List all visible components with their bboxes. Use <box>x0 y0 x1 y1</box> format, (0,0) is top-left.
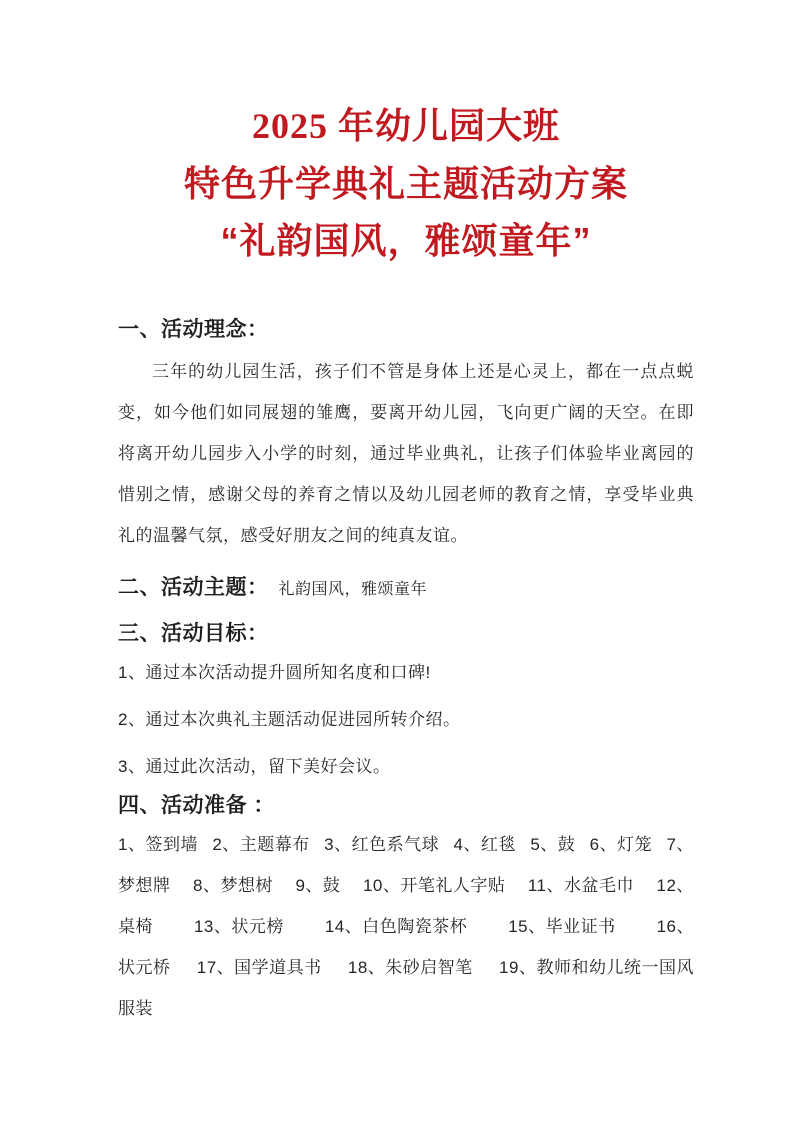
prep-item: 1、签到墙 <box>118 824 198 865</box>
section-heading-goals: 三、活动目标： <box>118 619 694 649</box>
prep-line-1: 1、签到墙 2、主题幕布 3、红色系气球 4、红毯 5、鼓 6、灯笼 7、 <box>118 824 694 865</box>
prep-item: 6、灯笼 <box>590 824 652 865</box>
prep-item: 19、教师和幼儿统一国风 <box>499 947 694 988</box>
section-heading-theme: 二、活动主题：礼韵国风，雅颂童年 <box>118 573 694 605</box>
prep-item: 13、状元榜 <box>194 906 284 947</box>
prep-item: 15、毕业证书 <box>508 906 615 947</box>
prep-item: 7、 <box>666 824 693 865</box>
theme-value: 礼韵国风，雅颂童年 <box>279 581 428 598</box>
prep-item: 10、开笔礼人字贴 <box>363 865 505 906</box>
prep-item: 18、朱砂启智笔 <box>348 947 473 988</box>
document-title: 2025 年幼儿园大班 特色升学典礼主题活动方案 “礼韵国风，雅颂童年” <box>118 0 694 269</box>
prep-line-5: 服装 <box>118 988 694 1029</box>
prep-item: 5、鼓 <box>530 824 575 865</box>
concept-paragraph: 三年的幼儿园生活，孩子们不管是身体上还是心灵上，都在一点点蜕变，如今他们如同展翅… <box>118 351 694 556</box>
prep-item: 17、国学道具书 <box>197 947 322 988</box>
prep-item: 11、水盆毛巾 <box>528 865 634 906</box>
prep-item: 3、红色系气球 <box>324 824 439 865</box>
prep-line-2: 梦想牌 8、梦想树 9、鼓 10、开笔礼人字贴 11、水盆毛巾 12、 <box>118 865 694 906</box>
title-line-3: “礼韵国风，雅颂童年” <box>118 212 694 269</box>
preparation-list: 1、签到墙 2、主题幕布 3、红色系气球 4、红毯 5、鼓 6、灯笼 7、 梦想… <box>118 824 694 1029</box>
prep-line-3: 桌椅 13、状元榜 14、白色陶瓷茶杯 15、毕业证书 16、 <box>118 906 694 947</box>
prep-item: 9、鼓 <box>295 865 340 906</box>
goals-list: 1、通过本次活动提升圆所知名度和口碑! 2、通过本次典礼主题活动促进园所转介绍。… <box>118 652 694 787</box>
prep-item: 12、 <box>657 865 694 906</box>
section-heading-preparation: 四、活动准备 ： <box>118 791 694 821</box>
prep-item: 桌椅 <box>118 906 153 947</box>
prep-item: 梦想牌 <box>118 865 171 906</box>
prep-item: 4、红毯 <box>453 824 515 865</box>
prep-item: 8、梦想树 <box>193 865 273 906</box>
goal-item-1: 1、通过本次活动提升圆所知名度和口碑! <box>118 652 694 693</box>
prep-item: 16、 <box>657 906 694 947</box>
section-heading-concept: 一、活动理念： <box>118 315 694 345</box>
document-page: 2025 年幼儿园大班 特色升学典礼主题活动方案 “礼韵国风，雅颂童年” 一、活… <box>0 0 800 1128</box>
prep-item: 服装 <box>118 988 153 1029</box>
goal-item-3: 3、通过此次活动，留下美好会议。 <box>118 746 694 787</box>
prep-item: 状元桥 <box>118 947 171 988</box>
prep-line-4: 状元桥 17、国学道具书 18、朱砂启智笔 19、教师和幼儿统一国风 <box>118 947 694 988</box>
theme-heading-label: 二、活动主题： <box>118 576 269 599</box>
prep-item: 2、主题幕布 <box>212 824 309 865</box>
prep-item: 14、白色陶瓷茶杯 <box>325 906 467 947</box>
title-line-2: 特色升学典礼主题活动方案 <box>118 155 694 212</box>
title-line-1: 2025 年幼儿园大班 <box>118 98 694 155</box>
goal-item-2: 2、通过本次典礼主题活动促进园所转介绍。 <box>118 699 694 740</box>
